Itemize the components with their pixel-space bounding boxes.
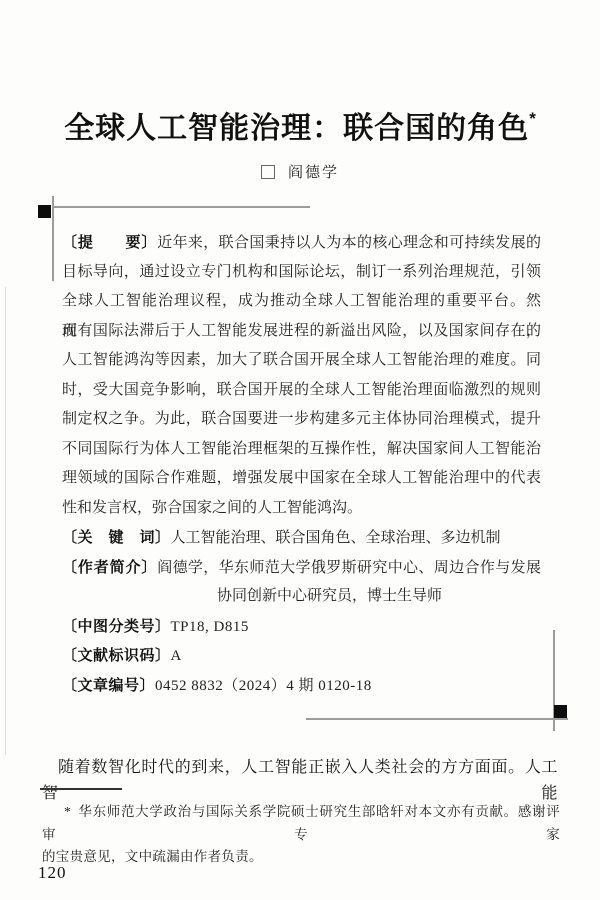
footnote-divider [40, 788, 122, 790]
abstract-line: 现有国际法滞后于人工智能发展进程的新溢出风险，以及国家间存在的 [62, 317, 541, 347]
abstract-label: 〔提 要〕 [62, 234, 157, 251]
corner-square-bottom-right [554, 705, 567, 718]
abstract-line: 人工智能鸿沟等因素，加大了联合国开展全球人工智能治理的难度。同 [62, 346, 541, 376]
abstract-line: 不同国际行为体人工智能治理框架的互操作性，解决国家间人工智能治 [62, 435, 541, 465]
author-name: 阎德学 [288, 161, 339, 182]
journal-page: 全球人工智能治理：联合国的角色* 阎德学 〔提 要〕近年来，联合国秉持以人为本的… [0, 0, 600, 900]
keywords-line: 〔关 键 词〕人工智能治理、联合国角色、全球治理、多边机制 [62, 523, 541, 553]
footnote: *华东师范大学政治与国际关系学院硕士研究生部晗轩对本文亦有贡献。感谢评审专家 的… [42, 801, 560, 869]
doc-code-value: A [171, 648, 182, 664]
abstract-text: 近年来，联合国秉持以人为本的核心理念和可持续发展的 [157, 235, 541, 251]
author-bio-text: 阎德学，华东师范大学俄罗斯研究中心、周边合作与发展 [157, 560, 541, 576]
abstract-line: 理领域的国际合作难题，增强发展中国家在全球人工智能治理中的代表 [62, 464, 541, 494]
article-id-label: 〔文章编号〕 [62, 677, 155, 694]
rule-left [52, 196, 54, 281]
doc-code-line: 〔文献标识码〕A [62, 641, 541, 671]
author-row: 阎德学 [0, 161, 600, 182]
clc-value: TP18, D815 [171, 619, 249, 635]
keywords-label: 〔关 键 词〕 [62, 529, 171, 546]
abstract-line: 目标导向，通过设立专门机构和国际论坛，制订一系列治理规范，引领 [62, 258, 541, 288]
abstract-line: 制定权之争。为此，联合国要进一步构建多元主体协同治理模式，提升 [62, 405, 541, 435]
page-title: 全球人工智能治理：联合国的角色* [0, 103, 600, 147]
doc-code-label: 〔文献标识码〕 [62, 647, 171, 664]
footnote-line-1: *华东师范大学政治与国际关系学院硕士研究生部晗轩对本文亦有贡献。感谢评审专家 [42, 801, 560, 846]
rule-bottom [306, 718, 568, 720]
corner-square-top-left [38, 205, 51, 218]
page-number: 120 [38, 863, 67, 883]
title-footnote-marker: * [529, 109, 536, 128]
abstract-block: 〔提 要〕近年来，联合国秉持以人为本的核心理念和可持续发展的 目标导向，通过设立… [62, 228, 541, 700]
article-id-value: 0452 8832（2024）4 期 0120-18 [155, 678, 372, 694]
abstract-line: 时，受大国竞争影响，联合国开展的全球人工智能治理面临激烈的规则 [62, 376, 541, 406]
abstract-line: 性和发言权，弥合国家之间的人工智能鸿沟。 [62, 494, 541, 524]
title-text: 全球人工智能治理：联合国的角色 [64, 112, 529, 145]
author-bio-line-2: 协同创新中心研究员，博士生导师 [62, 582, 541, 612]
article-id-line: 〔文章编号〕0452 8832（2024）4 期 0120-18 [62, 671, 541, 701]
footnote-marker: * [64, 804, 71, 819]
keywords-text: 人工智能治理、联合国角色、全球治理、多边机制 [171, 530, 501, 546]
author-bio-line: 〔作者简介〕阎德学，华东师范大学俄罗斯研究中心、周边合作与发展 [62, 553, 541, 583]
footnote-text-2: 的宝贵意见，文中疏漏由作者负责。 [42, 846, 560, 869]
abstract-line: 全球人工智能治理议程，成为推动全球人工智能治理的重要平台。然而， [62, 287, 541, 317]
abstract-line: 〔提 要〕近年来，联合国秉持以人为本的核心理念和可持续发展的 [62, 228, 541, 258]
author-marker-box [261, 165, 275, 179]
scan-edge-line [5, 287, 6, 755]
clc-line: 〔中图分类号〕TP18, D815 [62, 612, 541, 642]
footnote-text-1: 华东师范大学政治与国际关系学院硕士研究生部晗轩对本文亦有贡献。感谢评审专家 [42, 804, 560, 842]
rule-top [52, 206, 310, 208]
clc-label: 〔中图分类号〕 [62, 618, 171, 635]
author-bio-text-2: 协同创新中心研究员，博士生导师 [217, 588, 442, 604]
body-paragraph: 随着数智化时代的到来，人工智能正嵌入人类社会的方方面面。人工智能 [42, 755, 558, 807]
author-bio-label: 〔作者简介〕 [62, 559, 157, 576]
